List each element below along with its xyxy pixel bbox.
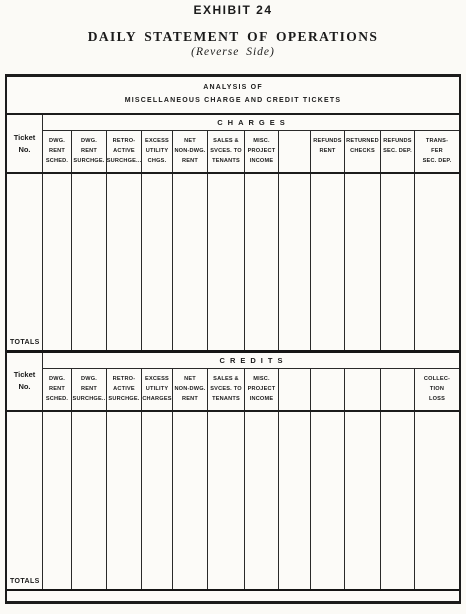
grid-cell: [311, 174, 345, 350]
grid-cell: [72, 174, 107, 350]
credits-section-label: CREDITS: [43, 353, 459, 369]
credits-col-dwg-rent-sched: DWG. RENT SCHED.: [43, 369, 72, 410]
charges-totals-label: TOTALS: [7, 339, 40, 350]
credits-col-retroactive-surchge: RETRO- ACTIVE SURCHGE.: [107, 369, 142, 410]
credits-col-sales-svces: SALES & SVCES. TO TENANTS: [208, 369, 245, 410]
grid-cell: [208, 174, 245, 350]
grid-cell: [381, 174, 415, 350]
credits-totals-label: TOTALS: [7, 578, 40, 589]
grid-cell: [245, 412, 279, 589]
charges-col-misc-project-income: MISC. PROJECT INCOME: [245, 131, 279, 172]
credits-col-collection-loss: COLLEC- TION LOSS: [415, 369, 459, 410]
page-title: DAILY STATEMENT OF OPERATIONS: [0, 29, 466, 45]
charges-header: Ticket No. CHARGES DWG. RENT SCHED. DWG.…: [7, 115, 459, 174]
credits-col-blank: [345, 369, 381, 410]
charges-col-retroactive-surchge: RETRO- ACTIVE SURCHGE...: [107, 131, 142, 172]
analysis-title-line2: MISCELLANEOUS CHARGE AND CREDIT TICKETS: [125, 95, 342, 108]
charges-col-refunds-sec-dep: REFUNDS SEC. DEP.: [381, 131, 415, 172]
grid-cell: [415, 174, 459, 350]
grid-cell: [311, 412, 345, 589]
charges-col-transfer-sec-dep: TRANS- FER SEC. DEP.: [415, 131, 459, 172]
grid-cell: [245, 174, 279, 350]
charges-col-blank: [279, 131, 311, 172]
charges-entry-area: TOTALS: [7, 174, 459, 353]
charges-col-refunds-rent: REFUNDS RENT: [311, 131, 345, 172]
analysis-title-band: ANALYSIS OF MISCELLANEOUS CHARGE AND CRE…: [7, 77, 459, 115]
grid-cell: [345, 174, 381, 350]
grid-cell: [279, 412, 311, 589]
credits-col-blank: [311, 369, 345, 410]
grid-cell: [173, 412, 208, 589]
grid-cell: [415, 412, 459, 589]
grid-cell: [173, 174, 208, 350]
grid-cell: [279, 174, 311, 350]
credits-col-blank: [381, 369, 415, 410]
credits-col-blank: [279, 369, 311, 410]
credits-entry-area: TOTALS: [7, 412, 459, 591]
grid-cell: [208, 412, 245, 589]
charges-col-net-non-dwg-rent: NET NON-DWG. RENT: [173, 131, 208, 172]
credits-col-dwg-rent-surchge: DWG. RENT SURCHGE..: [72, 369, 107, 410]
footer-strip: [7, 591, 459, 601]
grid-cell: [72, 412, 107, 589]
grid-cell: [142, 174, 173, 350]
grid-cell: [107, 174, 142, 350]
grid-cell: [43, 174, 72, 350]
analysis-form-table: ANALYSIS OF MISCELLANEOUS CHARGE AND CRE…: [5, 74, 461, 604]
charges-section-label: CHARGES: [43, 115, 459, 131]
exhibit-label: EXHIBIT 24: [0, 3, 466, 17]
credits-ticket-no-header: Ticket No.: [7, 353, 43, 410]
charges-col-sales-svces: SALES & SVCES. TO TENANTS: [208, 131, 245, 172]
grid-cell: [43, 412, 72, 589]
charges-ticket-no-header: Ticket No.: [7, 115, 43, 172]
charges-col-excess-utility: EXCESS UTILITY CHGS.: [142, 131, 173, 172]
charges-col-dwg-rent-surchge: DWG. RENT SURCHGE.: [72, 131, 107, 172]
credits-col-net-non-dwg-rent: NET NON-DWG. RENT: [173, 369, 208, 410]
charges-ticket-column: TOTALS: [7, 174, 43, 350]
grid-cell: [142, 412, 173, 589]
charges-col-returned-checks: RETURNED CHECKS: [345, 131, 381, 172]
credits-header: Ticket No. CREDITS DWG. RENT SCHED. DWG.…: [7, 353, 459, 412]
credits-col-excess-utility: EXCESS UTILITY CHARGES: [142, 369, 173, 410]
grid-cell: [381, 412, 415, 589]
grid-cell: [345, 412, 381, 589]
grid-cell: [107, 412, 142, 589]
credits-col-misc-project-income: MISC. PROJECT INCOME: [245, 369, 279, 410]
page-subtitle: (Reverse Side): [0, 46, 466, 58]
charges-col-dwg-rent-sched: DWG. RENT SCHED.: [43, 131, 72, 172]
credits-ticket-column: TOTALS: [7, 412, 43, 589]
analysis-title-line1: ANALYSIS OF: [203, 82, 263, 95]
